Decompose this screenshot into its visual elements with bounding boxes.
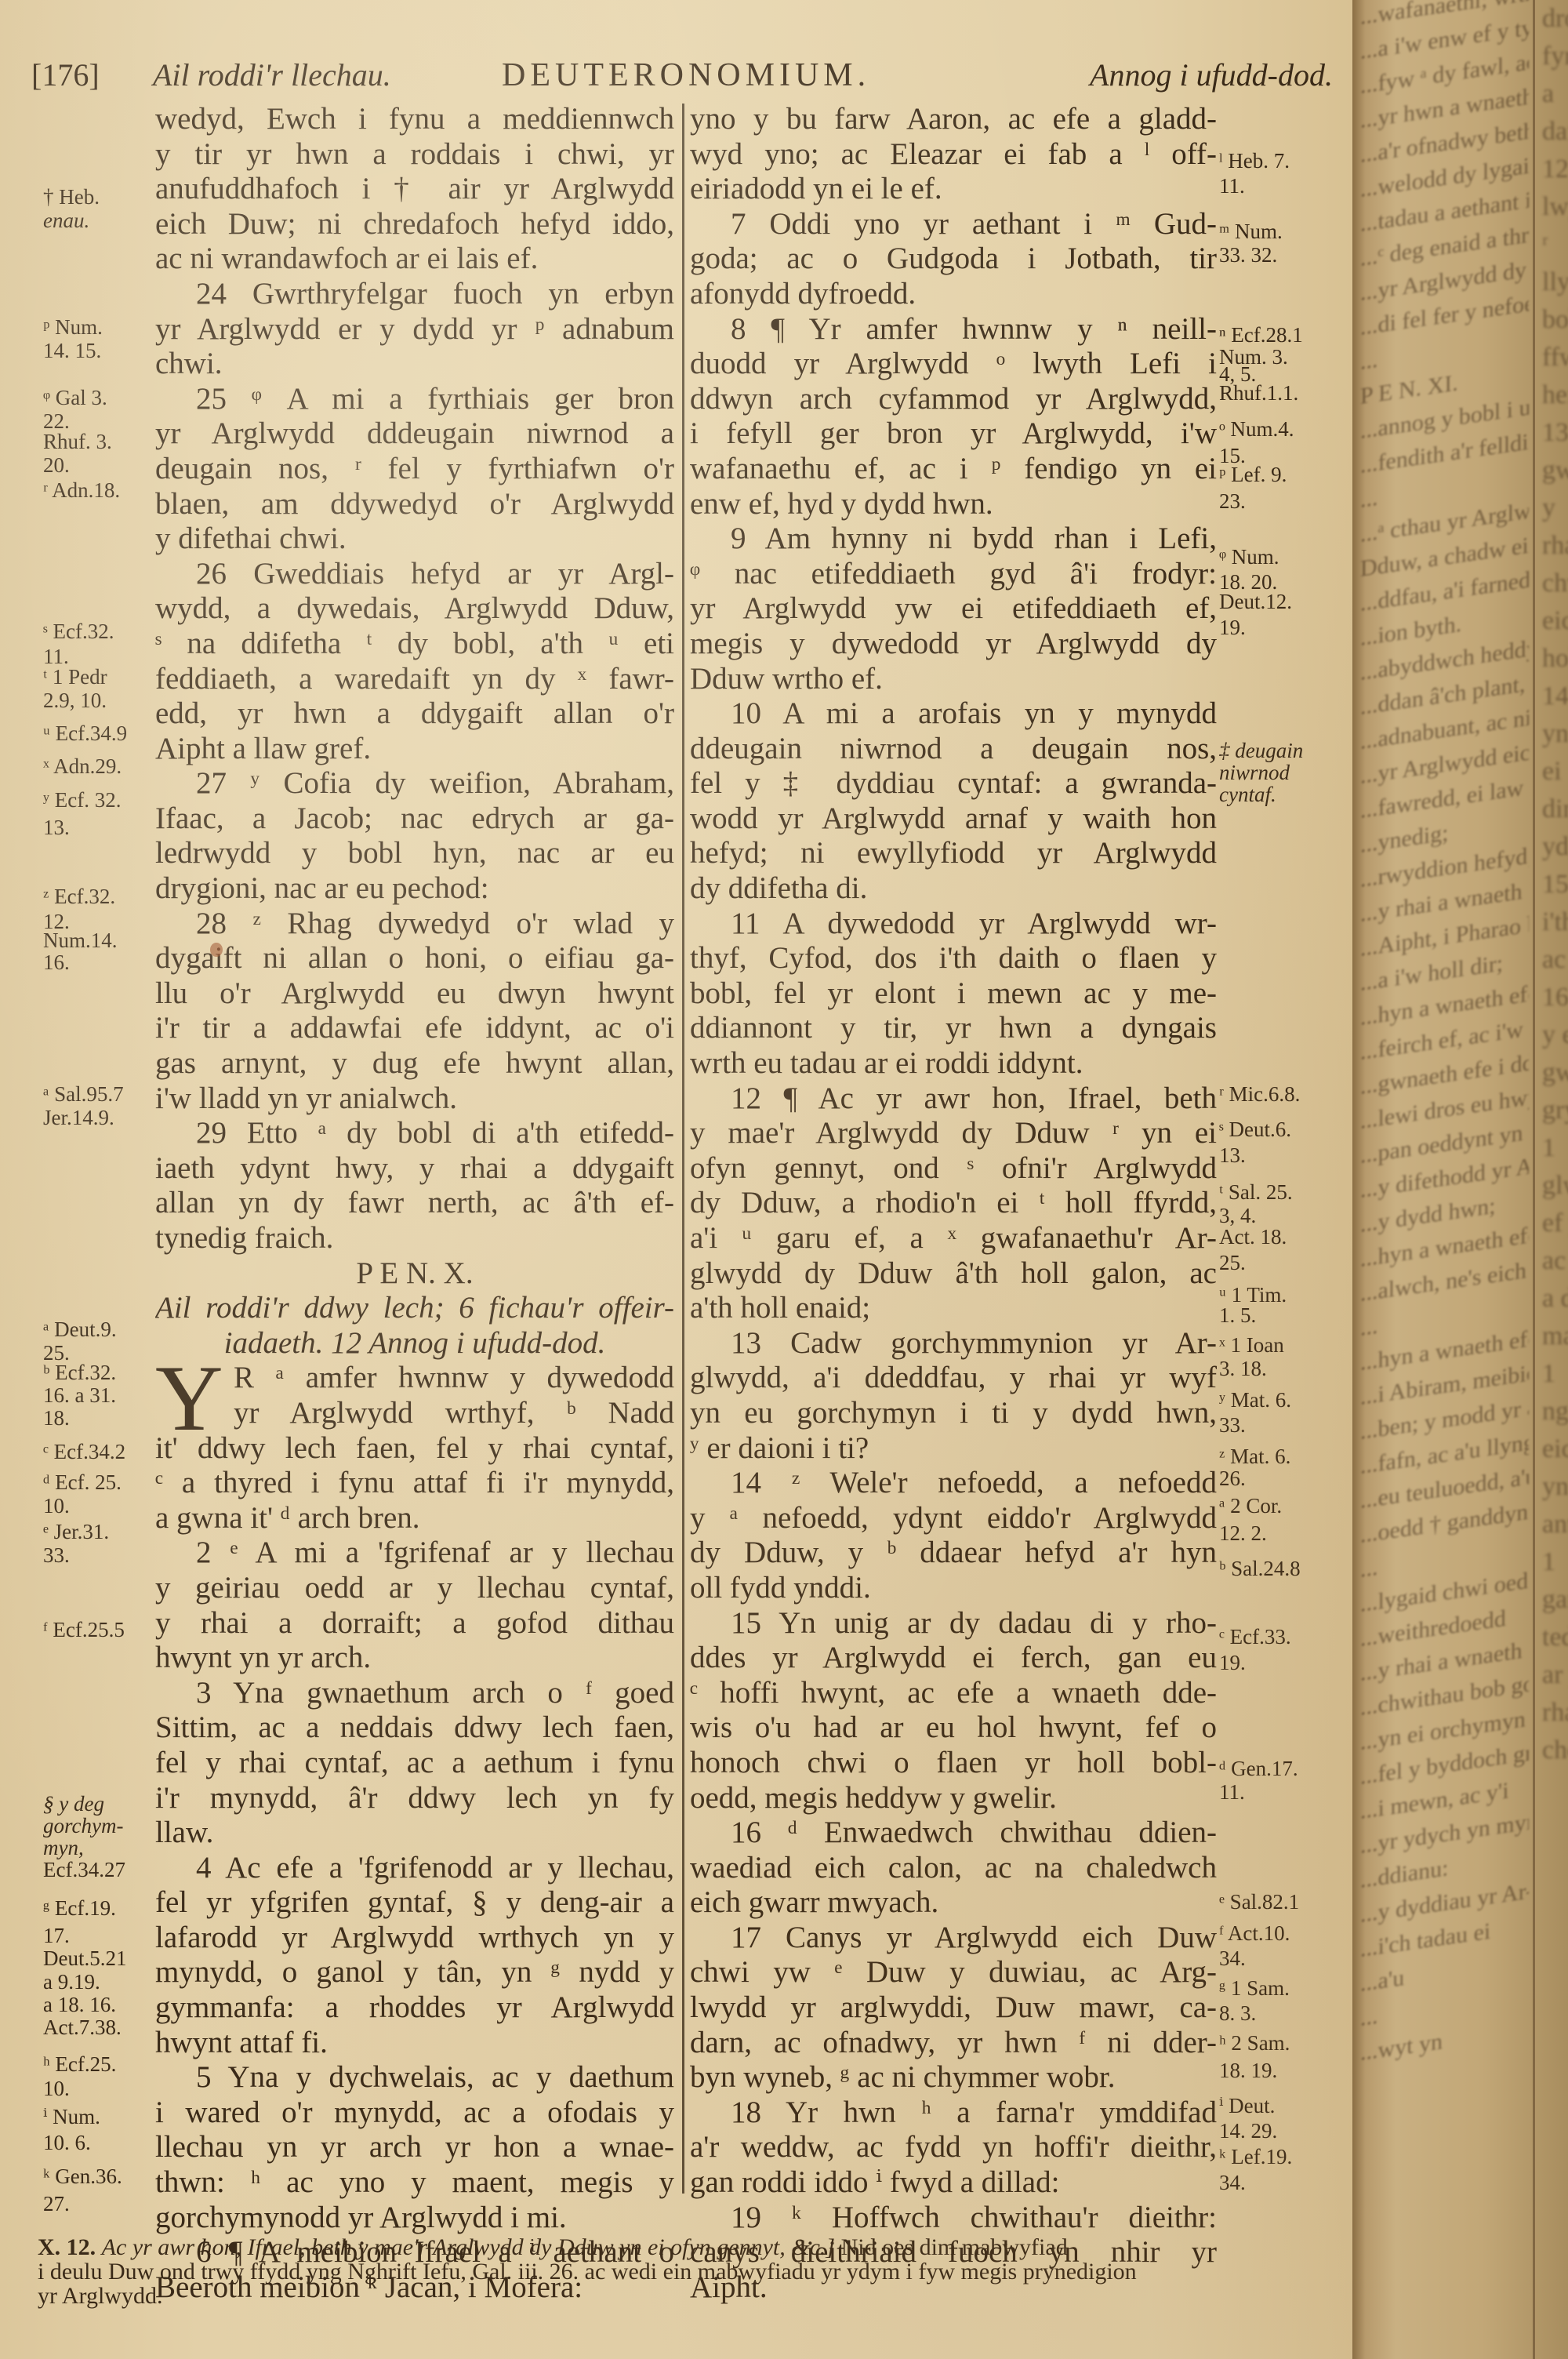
- facing-page-line: glw: [1542, 1167, 1568, 1205]
- text-line: 27 ʸ Cofia dy weifion, Abraham,: [155, 766, 674, 801]
- cross-reference-note: gorchym-: [43, 1814, 123, 1837]
- facing-page-line: lwydd: [1542, 188, 1568, 226]
- text-line: a gwna it' ᵈ arch bren.: [155, 1501, 674, 1536]
- facing-page-line: 13: [1542, 414, 1568, 452]
- text-line: dygaift ni allan o honi, o eifiau ga-: [155, 941, 674, 976]
- cross-reference-note: Act.7.38.: [43, 2016, 122, 2039]
- facing-page-line: 14: [1542, 678, 1568, 715]
- text-line: i'r tir a addawfai efe iddynt, ac o'i: [155, 1011, 674, 1046]
- facing-page-line: 1: [1542, 1355, 1568, 1393]
- text-line: 17 Canys yr Arglwydd eich Duw: [690, 1921, 1217, 1956]
- text-line: yn eu gorchymyn i ti y dydd hwn,: [690, 1396, 1217, 1431]
- facing-page-line: 16: [1542, 979, 1568, 1016]
- text-line: feddiaeth, a waredaift yn dy ˣ fawr-: [155, 662, 674, 697]
- cross-reference-note: ˢ Deut.6.: [1219, 1118, 1291, 1141]
- text-line: 19 ᵏ Hoffwch chwithau'r dieithr:: [690, 2201, 1217, 2236]
- cross-reference-note: Rhuf. 3.: [43, 430, 112, 453]
- facing-page-left-column: ...wafanaethi; wrtho ef...a i'w enw ef y…: [1360, 0, 1529, 2359]
- cross-reference-note: 19.: [1219, 1651, 1246, 1674]
- text-line: y mae'r Arglwydd dy Dduw ʳ yn ei: [690, 1116, 1217, 1151]
- cross-reference-note: 23.: [1219, 489, 1246, 513]
- facing-page-line: gwa: [1542, 1054, 1568, 1092]
- cross-reference-note: † Heb.: [43, 185, 100, 209]
- cross-reference-note: ᵠ Num.: [1219, 545, 1279, 569]
- text-line: oll fydd ynddi.: [690, 1571, 1217, 1606]
- facing-page-line: ant: [1542, 1506, 1568, 1543]
- cross-reference-note: 33. 32.: [1219, 243, 1277, 267]
- book-page-deuteronomium: [176] Ail roddi'r llechau. DEUTERONOMIUM…: [0, 0, 1352, 2359]
- cross-reference-note: ˢ Ecf.32.: [43, 620, 114, 643]
- cross-reference-note: ᶻ Ecf.32.: [43, 885, 115, 908]
- cross-reference-note: ⁿ Ecf.28.1: [1219, 323, 1303, 347]
- text-line: llechau yn yr arch yr hon a wnae-: [155, 2130, 674, 2165]
- cross-reference-note: ᵏ Gen.36.: [43, 2165, 122, 2188]
- text-line: honoch chwi o flaen yr holl bobl-: [690, 1746, 1217, 1781]
- text-line: dy Dduw, y ᵇ ddaear hefyd a'r hyn: [690, 1536, 1217, 1571]
- cross-reference-note: 2.9, 10.: [43, 689, 107, 712]
- chapter-summary: Ail roddi'r ddwy lech; 6 fichau'r offeir…: [155, 1291, 674, 1326]
- cross-reference-note: ᵃ Sal.95.7: [43, 1082, 124, 1106]
- cross-reference-note: ᵖ Num.: [43, 315, 103, 339]
- cross-reference-note: niwrnod: [1219, 761, 1290, 784]
- cross-reference-note: myn,: [43, 1836, 84, 1859]
- text-line: ac ni wrandawfoch ar ei lais ef.: [155, 242, 674, 277]
- text-line: deugain nos, ʳ fel y fyrthiafwn o'r: [155, 452, 674, 487]
- cross-reference-note: 13.: [43, 816, 70, 839]
- facing-page-line: eich: [1542, 602, 1568, 640]
- facing-page-line: 15: [1542, 866, 1568, 903]
- text-line: megis y dywedodd yr Arglwydd dy: [690, 627, 1217, 662]
- text-line: wyd yno; ac Eleazar ei fab a ˡ off-: [690, 137, 1217, 173]
- facing-page-line: ffwyd: [1542, 339, 1568, 376]
- facing-page-line: y ei: [1542, 1016, 1568, 1054]
- text-line: drygioni, nac ar eu pechod:: [155, 871, 674, 907]
- text-line: it' ddwy lech faen, fel y rhai cyntaf,: [155, 1431, 674, 1467]
- text-line: dy ddifetha di.: [690, 871, 1217, 907]
- cross-reference-note: 11.: [1219, 1780, 1245, 1804]
- cross-reference-note: ᵍ Ecf.19.: [43, 1896, 116, 1920]
- text-line: 4 Ac efe a 'fgrifenodd ar y llechau,: [155, 1851, 674, 1886]
- text-line: 8 ¶ Yr amfer hwnnw y ⁿ neill-: [690, 312, 1217, 347]
- text-line: oedd, megis heddyw y gwelir.: [690, 1781, 1217, 1816]
- cross-reference-note: 34.: [1219, 1946, 1246, 1970]
- chapter-heading: P E N. X.: [155, 1256, 674, 1292]
- cross-reference-note: 16.: [43, 951, 70, 974]
- text-line: anufuddhafoch i † air yr Arglwydd: [155, 172, 674, 207]
- cross-reference-note: 34.: [1219, 2171, 1246, 2194]
- cross-reference-note: ᵉ Jer.31.: [43, 1520, 109, 1543]
- cross-reference-note: 1. 5.: [1219, 1303, 1256, 1327]
- facing-page-right-column: drofodfynydda dafi12lwyddʳ llygabobffwyd…: [1542, 0, 1568, 2359]
- text-line: gymmanfa: a rhoddes yr Arglwydd: [155, 1990, 674, 2026]
- text-line: i wared o'r mynydd, ac a ofodais y: [155, 2095, 674, 2131]
- text-line: 3 Yna gwnaethum arch o ᶠ goed: [155, 1676, 674, 1711]
- cross-reference-note: Deut.5.21: [43, 1946, 126, 1970]
- cross-reference-note: ˣ Adn.29.: [43, 754, 122, 778]
- facing-page-line: y rhai: [1542, 489, 1568, 565]
- text-line: glwydd, a'i ddeddfau, y rhai yr wyf: [690, 1361, 1217, 1396]
- text-line: y tir yr hwn a roddais i chwi, yr: [155, 137, 674, 173]
- cross-reference-note: ᵍ 1 Sam.: [1219, 1976, 1290, 2000]
- cross-reference-note: Rhuf.1.1.: [1219, 381, 1298, 405]
- text-line: fel y rhai cyntaf, ac a aethum i fynu: [155, 1746, 674, 1781]
- text-line: i'r mynydd, â'r ddwy lech yn fy: [155, 1781, 674, 1816]
- facing-page-line: fynydd: [1542, 38, 1568, 75]
- facing-page-line: holl: [1542, 640, 1568, 678]
- cross-reference-note: Deut.12.: [1219, 590, 1292, 613]
- text-line: chwi.: [155, 347, 674, 382]
- cross-reference-note: § y deg: [43, 1792, 104, 1816]
- cross-reference-note: ʳ Mic.6.8.: [1219, 1082, 1300, 1106]
- facing-page-line: nge: [1542, 1393, 1568, 1430]
- text-line: a'r weddw, ac fydd yn hoffi'r dieithr,: [690, 2130, 1217, 2165]
- cross-reference-note: 26.: [1219, 1467, 1246, 1490]
- facing-page-line: chwi: [1542, 565, 1568, 602]
- text-line: afonydd dyfroedd.: [690, 277, 1217, 312]
- cross-reference-note: ᵗ Sal. 25.: [1219, 1180, 1293, 1204]
- text-line: 24 Gwrthryfelgar fuoch yn erbyn: [155, 277, 674, 312]
- facing-page-line: eich: [1542, 1430, 1568, 1468]
- text-line: 10 A mi a arofais yn y mynydd: [690, 696, 1217, 732]
- text-line: wydd, a dywedais, Arglwydd Dduw,: [155, 591, 674, 627]
- text-line: 9 Am hynny ni bydd rhan i Lefi,: [690, 522, 1217, 557]
- text-line: 12 ¶ Ac yr awr hon, Ifrael, beth: [690, 1081, 1217, 1117]
- text-line: 29 Etto ᵃ dy bobl di a'th etifedd-: [155, 1116, 674, 1151]
- facing-page-line: yd,: [1542, 828, 1568, 866]
- text-line: 25 ᵠ A mi a fyrthiais ger bron: [155, 382, 674, 417]
- text-line: 5 Yna y dychwelais, ac y daethum: [155, 2060, 674, 2095]
- text-line: yr Arglwydd wrthyf, ᵇ Nadd: [155, 1396, 674, 1431]
- cross-reference-note: ᵃ Deut.9.: [43, 1318, 117, 1341]
- text-line: wafanaethu ef, ac i ᵖ fendigo yn ei: [690, 452, 1217, 487]
- chapter-summary: iadaeth. 12 Annog i ufudd-dod.: [155, 1326, 674, 1361]
- text-line: yno y bu farw Aaron, ac efe a gladd-: [690, 102, 1217, 137]
- text-line: iaeth ydynt hwy, y rhai a ddygaift: [155, 1151, 674, 1187]
- cross-reference-note: Act. 18.: [1219, 1225, 1287, 1249]
- facing-page-line: 12: [1542, 151, 1568, 188]
- cross-reference-note: 10.: [43, 1494, 70, 1518]
- facing-page-column-rule: [1533, 0, 1535, 2359]
- text-line: a'i ᵘ garu ef, a ˣ gwafanaethu'r Ar-: [690, 1221, 1217, 1256]
- cross-reference-note: 27.: [43, 2192, 70, 2215]
- cross-reference-note: 33.: [1219, 1413, 1246, 1437]
- cross-reference-note: 12. 2.: [1219, 1521, 1267, 1545]
- drop-cap: Y: [155, 1355, 223, 1441]
- text-line: gan roddi iddo ⁱ fwyd a dillad:: [690, 2165, 1217, 2201]
- cross-reference-note: Ecf.34.27: [43, 1858, 125, 1881]
- text-line: Dduw wrtho ef.: [690, 662, 1217, 697]
- cross-reference-note: ʸ Ecf. 32.: [43, 788, 121, 812]
- left-text-column: wedyd, Ewch i fynu a meddiennwchy tir yr…: [155, 102, 674, 2305]
- running-header: [176] Ail roddi'r llechau. DEUTERONOMIUM…: [31, 56, 1333, 96]
- cross-reference-note: Num.14.: [43, 929, 118, 952]
- facing-page-line: a di: [1542, 1280, 1568, 1318]
- facing-page-line: 1: [1542, 1129, 1568, 1167]
- chapter-footnote: X. 12. Ac yr awr hon, Ifrael, beth y mae…: [38, 2235, 1323, 2308]
- text-line: ʸ er daioni i ti?: [690, 1431, 1217, 1467]
- column-divider-rule: [682, 104, 684, 2194]
- facing-page-line: bob: [1542, 301, 1568, 339]
- cross-reference-note: ᵒ Num.4.: [1219, 417, 1294, 441]
- text-line: Sittim, ac a neddais ddwy lech faen,: [155, 1710, 674, 1746]
- text-line: gorchymynodd yr Arglwydd i mi.: [155, 2201, 674, 2236]
- cross-reference-note: 17.: [43, 1924, 70, 1947]
- text-line: R ᵃ amfer hwnnw y dywedodd: [155, 1361, 674, 1396]
- text-line: edd, yr hwn a ddygaift allan o'r: [155, 696, 674, 732]
- text-line: hefyd; ni ewyllyfiodd yr Arglwydd: [690, 836, 1217, 871]
- facing-page-line: mae: [1542, 1318, 1568, 1355]
- cross-reference-note: ᵈ Ecf. 25.: [43, 1470, 122, 1494]
- text-line: glwydd dy Dduw â'th holl galon, ac: [690, 1256, 1217, 1292]
- footnote-line: X. 12. Ac yr awr hon, Ifrael, beth y mae…: [38, 2235, 1323, 2259]
- text-line: wis o'u had ar eu hol hwynt, fef o: [690, 1710, 1217, 1746]
- text-line: 28 ᶻ Rhag dywedyd o'r wlad y: [155, 907, 674, 942]
- text-line: lafarodd yr Arglwydd wrthych yn y: [155, 1921, 674, 1956]
- cross-reference-note: ᵏ Lef.19.: [1219, 2145, 1292, 2168]
- facing-page-line: yn ei: [1542, 715, 1568, 791]
- cross-reference-note: ᵃ 2 Cor.: [1219, 1494, 1282, 1518]
- text-line: ddiannont y tir, yr hwn a dyngais: [690, 1011, 1217, 1046]
- cross-reference-note: a 9.19.: [43, 1970, 100, 1994]
- text-line: i'w lladd yn yr anialwch.: [155, 1081, 674, 1117]
- cross-reference-note: ʳ Adn.18.: [43, 478, 120, 502]
- cross-reference-note: ⁱ Num.: [43, 2105, 100, 2128]
- book-title: DEUTERONOMIUM.: [502, 56, 870, 94]
- text-line: eiriadodd yn ei le ef.: [690, 172, 1217, 207]
- text-line: i fefyll ger bron yr Arglwydd, i'w: [690, 416, 1217, 452]
- text-line: ᵠ nac etifeddiaeth gyd â'i frodyr:: [690, 557, 1217, 592]
- cross-reference-note: ᵖ Lef. 9.: [1219, 463, 1287, 486]
- text-line: blaen, am ddywedyd o'r Arglwydd: [155, 487, 674, 522]
- text-line: Aipht a llaw gref.: [155, 732, 674, 767]
- cross-reference-note: ʰ Ecf.25.: [43, 2052, 116, 2076]
- cross-reference-note: 25.: [1219, 1251, 1246, 1274]
- cross-reference-note: 33.: [43, 1543, 70, 1567]
- facing-page-line: gwrand: [1542, 452, 1568, 489]
- cross-reference-note: 10.: [43, 2077, 70, 2100]
- facing-page-line: i'th: [1542, 903, 1568, 941]
- cross-reference-note: 3. 18.: [1219, 1357, 1267, 1380]
- cross-reference-note: ᶠ Act.10.: [1219, 1921, 1290, 1945]
- cross-reference-note: ˡ Heb. 7.: [1219, 149, 1290, 173]
- text-line: thwn: ʰ ac yno y maent, megis y: [155, 2165, 674, 2201]
- text-line: 13 Cadw gorchymmynion yr Ar-: [690, 1326, 1217, 1361]
- cross-reference-note: Jer.14.9.: [43, 1106, 114, 1129]
- text-line: ᶜ hoffi hwynt, ac efe a wnaeth dde-: [690, 1676, 1217, 1711]
- cross-reference-note: 3, 4.: [1219, 1204, 1256, 1227]
- facing-page-line: 1: [1542, 1543, 1568, 1581]
- text-line: 7 Oddi yno yr aethant i ᵐ Gud-: [690, 207, 1217, 242]
- cross-reference-note: ᵘ Ecf.34.9: [43, 722, 127, 745]
- left-margin-cross-references: † Heb.enau.ᵖ Num.14. 15.ᵠ Gal 3.22.Rhuf.…: [43, 0, 153, 2235]
- text-line: ddwyn arch cyfammod yr Arglwydd,: [690, 382, 1217, 417]
- text-line: wedyd, Ewch i fynu a meddiennwch: [155, 102, 674, 137]
- cross-reference-note: ʰ 2 Sam.: [1219, 2031, 1290, 2055]
- cross-reference-note: ᵐ Num.: [1219, 220, 1283, 243]
- text-line: chwi yw ᵉ Duw y duwiau, ac Arg-: [690, 1955, 1217, 1990]
- text-line: a'th holl enaid;: [690, 1291, 1217, 1326]
- text-line: 2 ᵉ A mi a 'fgrifenaf ar y llechau: [155, 1536, 674, 1571]
- cross-reference-note: ⁱ Deut.: [1219, 2094, 1275, 2117]
- right-text-column: yno y bu farw Aaron, ac efe a gladd-wyd …: [690, 102, 1217, 2305]
- facing-page-line: cho: [1542, 1732, 1568, 1769]
- cross-reference-note: ᶜ Ecf.34.2: [43, 1440, 125, 1463]
- cross-reference-note: ᵠ Gal 3.: [43, 386, 107, 409]
- left-running-title: Ail roddi'r llechau.: [153, 56, 391, 93]
- text-line: fel yr yfgrifen gyntaf, § y deng-air a: [155, 1885, 674, 1921]
- text-line: darn, ac ofnadwy, yr hwn ᶠ ni dder-: [690, 2026, 1217, 2061]
- text-line: wrth eu tadau ar ei roddi iddynt.: [690, 1046, 1217, 1081]
- text-line: y ᵃ nefoedd, ydynt eiddo'r Arglwydd: [690, 1501, 1217, 1536]
- text-line: eich gwarr mwyach.: [690, 1885, 1217, 1921]
- text-line: ᶜ a thyred i fynu attaf fi i'r mynydd,: [155, 1466, 674, 1501]
- text-line: hwynt attaf fi.: [155, 2026, 674, 2061]
- facing-page-line: ar y: [1542, 1656, 1568, 1694]
- text-line: byn wyneb, ᵍ ac ni chymmer wobr.: [690, 2060, 1217, 2095]
- text-line: fel y ‡ dyddiau cyntaf: a gwranda-: [690, 766, 1217, 801]
- text-line: hwynt yn yr arch.: [155, 1641, 674, 1676]
- cross-reference-note: cyntaf.: [1219, 783, 1276, 806]
- cross-reference-note: 14. 29.: [1219, 2119, 1277, 2143]
- text-line: y rhai a dorraift; a gofod dithau: [155, 1606, 674, 1641]
- text-line: yr Arglwydd yw ei etifeddiaeth ef,: [690, 591, 1217, 627]
- cross-reference-note: ᵗ 1 Pedr: [43, 665, 107, 689]
- text-line: 26 Gweddiais hefyd ar yr Argl-: [155, 557, 674, 592]
- text-line: allan yn dy fawr nerth, ac â'th ef-: [155, 1186, 674, 1221]
- cross-reference-note: a 18. 16.: [43, 1993, 116, 2016]
- text-line: y geiriau oedd ar y llechau cyntaf,: [155, 1571, 674, 1606]
- footnote-line: i deulu Duw ond trwy ffydd yng Nghrift I…: [38, 2259, 1323, 2284]
- cross-reference-note: 18.: [43, 1406, 70, 1430]
- cross-reference-note: ‡ deugain: [1219, 739, 1303, 762]
- facing-page-line: ef y: [1542, 1205, 1568, 1242]
- text-line: dy Dduw, a rhodio'n ei ᵗ holl ffyrdd,: [690, 1186, 1217, 1221]
- facing-page-line: gry: [1542, 1092, 1568, 1129]
- text-line: eich Duw; ni chredafoch hefyd iddo,: [155, 207, 674, 242]
- facing-page-line: drofod: [1542, 0, 1568, 38]
- text-line: duodd yr Arglwydd ᵒ lwyth Lefi i: [690, 347, 1217, 382]
- cross-reference-note: ᵇ Ecf.32.: [43, 1361, 116, 1384]
- text-line: ddeugain niwrnod a deugain nos,: [690, 732, 1217, 767]
- cross-reference-note: ˣ 1 Ioan: [1219, 1333, 1284, 1357]
- text-line: goda; ac o Gudgoda i Jotbath, tir: [690, 242, 1217, 277]
- cross-reference-note: 14. 15.: [43, 339, 101, 362]
- facing-page-line: gan: [1542, 1581, 1568, 1619]
- text-line: 18 Yr hwn ʰ a farna'r ymddifad: [690, 2095, 1217, 2131]
- text-line: 16 ᵈ Enwaedwch chwithau ddien-: [690, 1816, 1217, 1851]
- text-line: 11 A dywedodd yr Arglwydd wr-: [690, 907, 1217, 942]
- facing-page-line: ac y: [1542, 941, 1568, 979]
- cross-reference-note: 11.: [1219, 174, 1245, 198]
- ink-stain: [210, 943, 223, 957]
- text-line: tynedig fraich.: [155, 1221, 674, 1256]
- text-line: y difethai chwi.: [155, 522, 674, 557]
- text-line: 14 ᶻ Wele'r nefoedd, a nefoedd: [690, 1466, 1217, 1501]
- facing-page-line: ac n: [1542, 1242, 1568, 1280]
- facing-page-gutter: ...wafanaethi; wrtho ef...a i'w enw ef y…: [1352, 0, 1568, 2359]
- cross-reference-note: ᵉ Sal.82.1: [1219, 1890, 1299, 1914]
- text-line: waediad eich calon, ac na chaledwch: [690, 1851, 1217, 1886]
- text-line: llaw.: [155, 1816, 674, 1851]
- cross-reference-note: 13.: [1219, 1143, 1246, 1167]
- cross-reference-note: ᵇ Sal.24.8: [1219, 1557, 1301, 1580]
- cross-reference-note: 19.: [1219, 616, 1246, 639]
- cross-reference-note: ᶻ Mat. 6.: [1219, 1445, 1290, 1468]
- facing-page-line: tede: [1542, 1619, 1568, 1656]
- cross-reference-note: ʸ Mat. 6.: [1219, 1388, 1291, 1412]
- cross-reference-note: 20.: [43, 453, 70, 477]
- facing-page-line: dine: [1542, 791, 1568, 828]
- text-line: yr Arglwydd er y dydd yr ᵖ adnabum: [155, 312, 674, 347]
- text-line: ofyn gennyt, ond ˢ ofni'r Arglwydd: [690, 1151, 1217, 1187]
- text-line: thyf, Cyfod, dos i'th daith o flaen y: [690, 941, 1217, 976]
- text-line: gas arnynt, y dug efe hwynt allan,: [155, 1046, 674, 1081]
- facing-page-line: ʳ llyga: [1542, 226, 1568, 301]
- cross-reference-note: ᶜ Ecf.33.: [1219, 1625, 1291, 1648]
- text-line: mynydd, o ganol y tân, yn ᵍ nydd y: [155, 1955, 674, 1990]
- cross-reference-note: enau.: [43, 209, 89, 232]
- facing-page-line: a dafi: [1542, 75, 1568, 151]
- facing-page-line: rha: [1542, 1694, 1568, 1732]
- text-line: lwydd yr arglwyddi, Duw mawr, ca-: [690, 1990, 1217, 2026]
- text-line: enw ef, hyd y dydd hwn.: [690, 487, 1217, 522]
- footnote-line: yr Arglwydd.: [38, 2284, 1323, 2308]
- text-line: ledrwydd y bobl hyn, nac ar eu: [155, 836, 674, 871]
- cross-reference-note: 10. 6.: [43, 2131, 91, 2154]
- cross-reference-note: ᵈ Gen.17.: [1219, 1757, 1298, 1780]
- text-line: ˢ na ddifetha ᵗ dy bobl, a'th ᵘ eti: [155, 627, 674, 662]
- cross-reference-note: 18. 19.: [1219, 2059, 1277, 2082]
- text-line: wodd yr Arglwydd arnaf y waith hon: [690, 801, 1217, 837]
- cross-reference-note: 16. a 31.: [43, 1383, 116, 1407]
- text-line: 15 Yn unig ar dy dadau di y rho-: [690, 1606, 1217, 1641]
- text-line: llu o'r Arglwydd eu dwyn hwynt: [155, 976, 674, 1012]
- text-line: ddes yr Arglwydd ei ferch, gan eu: [690, 1641, 1217, 1676]
- cross-reference-note: ᶠ Ecf.25.5: [43, 1618, 125, 1641]
- facing-page-line: hefyd: [1542, 376, 1568, 414]
- text-line: Ifaac, a Jacob; nac edrych ar ga-: [155, 801, 674, 837]
- right-margin-cross-references: ˡ Heb. 7.11.ᵐ Num.33. 32.ⁿ Ecf.28.1Num. …: [1219, 0, 1352, 2235]
- cross-reference-note: 8. 3.: [1219, 2001, 1256, 2025]
- text-line: bobl, fel yr elont i mewn ac y me-: [690, 976, 1217, 1012]
- facing-page-line: yn: [1542, 1468, 1568, 1506]
- text-line: yr Arglwydd dddeugain niwrnod a: [155, 416, 674, 452]
